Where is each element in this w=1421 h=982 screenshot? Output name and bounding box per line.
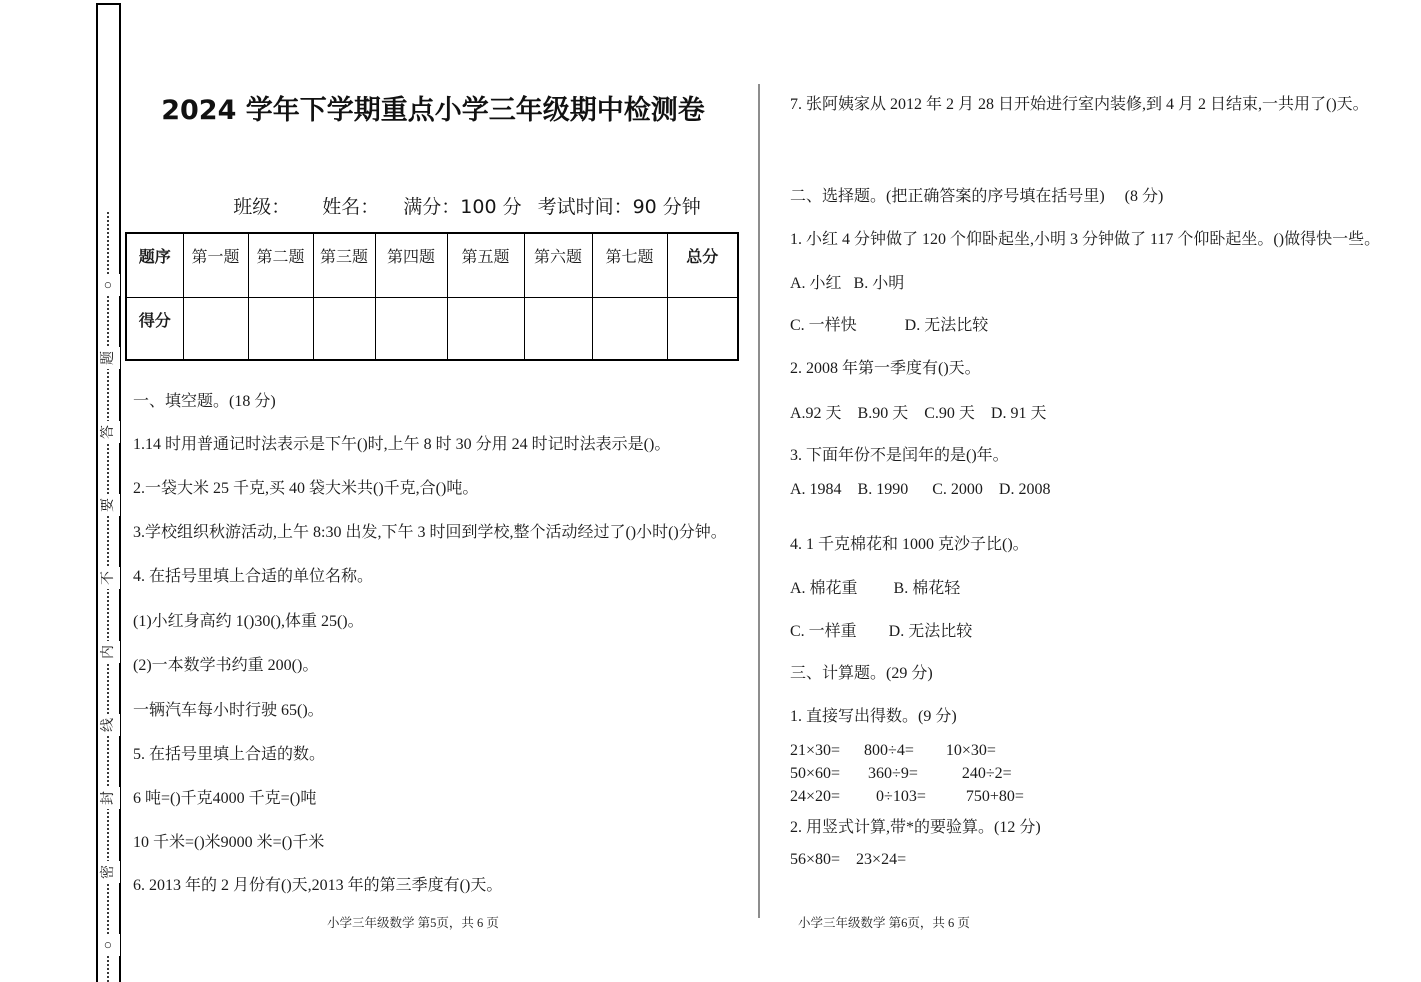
math-line: 24×20= 0÷103= 750+80= <box>790 785 1024 809</box>
question-line: 1. 直接写出得数。(9 分) <box>790 705 957 729</box>
question-line: 2.一袋大米 25 千克,买 40 袋大米共()千克,合()吨。 <box>133 477 478 501</box>
score-cell <box>375 298 447 361</box>
question-line: 5. 在括号里填上合适的数。 <box>133 743 325 767</box>
section-heading: 二、选择题。(把正确答案的序号填在括号里) (8 分) <box>790 185 1163 209</box>
section-heading: 三、计算题。(29 分) <box>790 662 933 686</box>
option-line: A.92 天 B.90 天 C.90 天 D. 91 天 <box>790 402 1046 426</box>
option-line: A. 小红 B. 小明 <box>790 272 904 296</box>
seal-char: 内 <box>98 641 120 663</box>
score-table: 题序 第一题 第二题 第三题 第四题 第五题 第六题 第七题 总分 得分 <box>125 232 739 361</box>
score-table-header-cell: 第一题 <box>183 233 248 298</box>
score-cell <box>524 298 592 361</box>
score-table-header-cell: 第六题 <box>524 233 592 298</box>
exam-sheet: ○ 题 答 要 不 内 线 封 密 ○ 2024 学年下学期重点小学三年级期中检… <box>0 0 1421 982</box>
seal-border-right <box>119 3 121 982</box>
score-table-header-cell: 第二题 <box>248 233 313 298</box>
score-table-header-cell: 第七题 <box>592 233 667 298</box>
seal-char: 线 <box>98 714 120 736</box>
question-line: (1)小红身高约 1()30(),体重 25()。 <box>133 610 364 634</box>
exam-info-line: 班级：姓名：满分：100 分考试时间：90 分钟 <box>197 170 701 241</box>
question-line: 1. 小红 4 分钟做了 120 个仰卧起坐,小明 3 分钟做了 117 个仰卧… <box>790 228 1380 252</box>
score-table-header-cell: 第四题 <box>375 233 447 298</box>
score-table-header-cell: 第三题 <box>313 233 375 298</box>
question-line: 1.14 时用普通记时法表示是下午()时,上午 8 时 30 分用 24 时记时… <box>133 433 670 457</box>
option-line: C. 一样快 D. 无法比较 <box>790 314 988 338</box>
math-line: 50×60= 360÷9= 240÷2= <box>790 762 1012 786</box>
page-left: 2024 学年下学期重点小学三年级期中检测卷 班级：姓名：满分：100 分考试时… <box>125 0 741 982</box>
class-field-label: 班级： <box>233 196 290 218</box>
page-title: 2024 学年下学期重点小学三年级期中检测卷 <box>125 88 741 127</box>
option-line: A. 1984 B. 1990 C. 2000 D. 2008 <box>790 478 1050 502</box>
math-line: 56×80= 23×24= <box>790 848 906 872</box>
seal-char: 密 <box>98 861 120 883</box>
score-cell <box>183 298 248 361</box>
option-line: C. 一样重 D. 无法比较 <box>790 620 972 644</box>
score-table-header-cell: 第五题 <box>447 233 524 298</box>
name-field-label: 姓名： <box>322 196 379 218</box>
score-table-total-label: 总分 <box>667 233 738 298</box>
question-line: 2. 2008 年第一季度有()天。 <box>790 357 981 381</box>
page-footer-left: 小学三年级数学 第5页，共 6 页 <box>327 913 499 931</box>
seal-circle-icon: ○ <box>98 934 120 956</box>
seal-circle-icon: ○ <box>98 274 120 296</box>
option-line: A. 棉花重 B. 棉花轻 <box>790 577 960 601</box>
exam-time-label: 考试时间：90 分钟 <box>538 196 701 218</box>
page-right: 7. 张阿姨家从 2012 年 2 月 28 日开始进行室内装修,到 4 月 2… <box>790 0 1390 982</box>
seal-char: 要 <box>98 494 120 516</box>
seal-char: 不 <box>98 567 120 589</box>
section-heading: 一、填空题。(18 分) <box>133 390 276 414</box>
question-line: 6 吨=()千克4000 千克=()吨 <box>133 787 316 811</box>
question-line: 2. 用竖式计算,带*的要验算。(12 分) <box>790 816 1041 840</box>
seal-char: 封 <box>98 787 120 809</box>
question-line: 6. 2013 年的 2 月份有()天,2013 年的第三季度有()天。 <box>133 874 502 898</box>
seal-char: 答 <box>98 421 120 443</box>
question-line: 3. 下面年份不是闰年的是()年。 <box>790 444 1009 468</box>
score-row-label: 得分 <box>126 298 183 361</box>
question-line: 4. 1 千克棉花和 1000 克沙子比()。 <box>790 533 1029 557</box>
score-cell <box>313 298 375 361</box>
question-line: 7. 张阿姨家从 2012 年 2 月 28 日开始进行室内装修,到 4 月 2… <box>790 93 1369 117</box>
score-cell <box>667 298 738 361</box>
full-score-label: 满分：100 分 <box>403 196 521 218</box>
question-line: 10 千米=()米9000 米=()千米 <box>133 831 324 855</box>
score-table-corner-label: 题序 <box>126 233 183 298</box>
question-line: 一辆汽车每小时行驶 65()。 <box>133 699 324 723</box>
seal-border-left <box>96 3 98 982</box>
score-cell <box>248 298 313 361</box>
page-footer-right: 小学三年级数学 第6页，共 6 页 <box>798 913 970 931</box>
seal-top-cap <box>96 3 121 5</box>
math-line: 21×30= 800÷4= 10×30= <box>790 739 996 763</box>
seal-char: 题 <box>98 347 120 369</box>
page-divider <box>758 84 760 918</box>
question-line: (2)一本数学书约重 200()。 <box>133 654 318 678</box>
score-cell <box>447 298 524 361</box>
score-cell <box>592 298 667 361</box>
question-line: 4. 在括号里填上合适的单位名称。 <box>133 565 373 589</box>
question-line: 3.学校组织秋游活动,上午 8:30 出发,下午 3 时回到学校,整个活动经过了… <box>133 521 727 545</box>
